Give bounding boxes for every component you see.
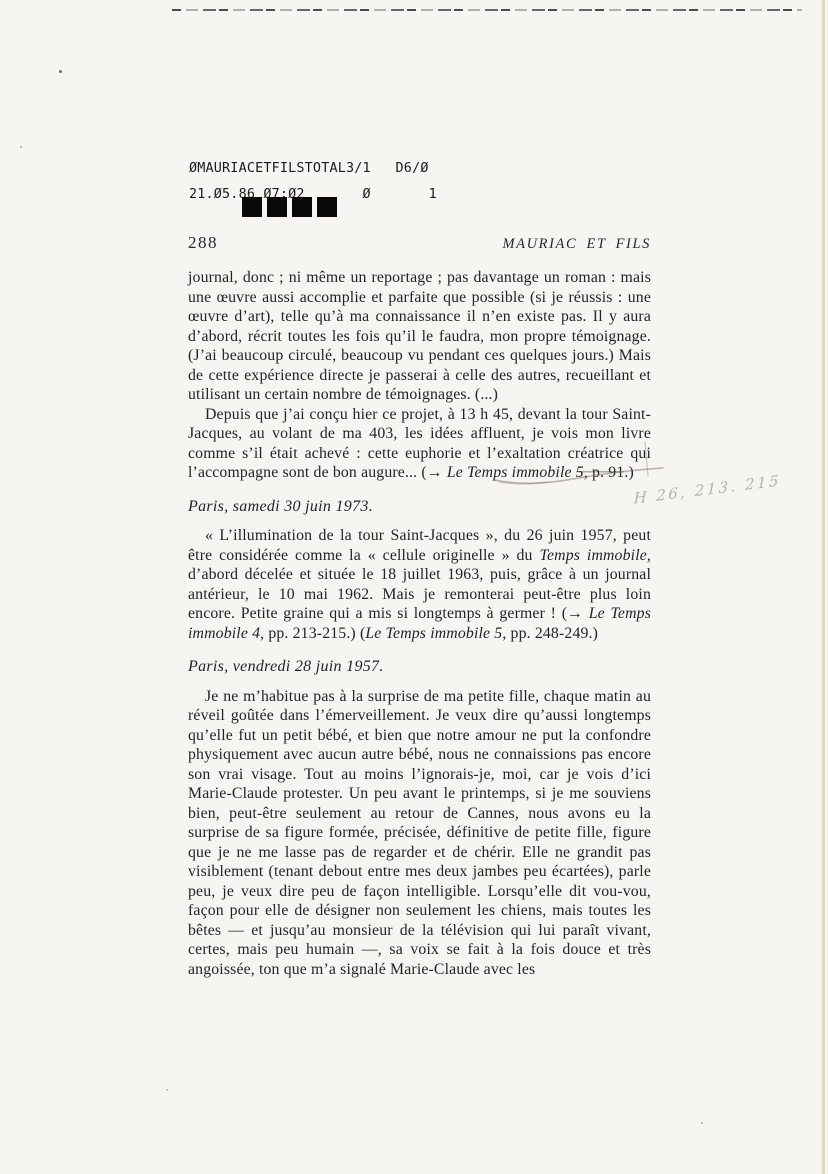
dust-speck	[166, 1089, 168, 1091]
text-segment: .)	[624, 464, 634, 481]
dateline-heading: Paris, samedi 30 juin 1973.	[188, 497, 651, 517]
text-segment: (→	[421, 464, 446, 481]
fax-header-line1: ØMAURIACETFILSTOTAL3/1 D6/Ø	[189, 161, 429, 176]
body-text: journal, donc ; ni même un reportage ; p…	[188, 268, 651, 979]
text-segment: , pp. 248-249.)	[502, 625, 598, 642]
text-segment: d’abord décelée et située le 18 juillet …	[188, 566, 651, 622]
book-title: 5	[576, 464, 584, 481]
text-segment: Je ne m’habitue pas à la surprise de ma …	[188, 688, 651, 978]
text-segment: journal, donc ; ni même un reportage ; p…	[188, 269, 651, 403]
dust-speck	[20, 146, 22, 148]
book-title: Temps immobile,	[539, 547, 651, 564]
fax-calibration-block	[267, 197, 287, 217]
dateline-heading: Paris, vendredi 28 juin 1957.	[188, 657, 651, 677]
dust-speck	[701, 1122, 703, 1124]
fax-calibration-block	[317, 197, 337, 217]
running-title: MAURIAC ET FILS	[502, 236, 651, 253]
citation-reference: (→ Le Temps immobile 5, p. 91.)	[421, 464, 634, 481]
body-paragraph: « L’illumination de la tour Saint-Jacque…	[188, 526, 651, 643]
scan-artifact-top-dashes	[172, 9, 802, 11]
running-header: 288 MAURIAC ET FILS	[188, 233, 651, 253]
body-paragraph: Depuis que j’ai conçu hier ce projet, à …	[188, 405, 651, 483]
text-segment: , pp. 213-215.) (	[260, 625, 365, 642]
scan-artifact-edge-line	[822, 0, 825, 1174]
fax-calibration-block	[242, 197, 262, 217]
body-paragraph: journal, donc ; ni même un reportage ; p…	[188, 268, 651, 405]
book-title: Le Temps immobile	[447, 464, 576, 481]
handwritten-margin-note: H 26, 213. 215	[634, 466, 823, 507]
fax-calibration-block	[292, 197, 312, 217]
text-segment: , p. 91	[584, 464, 625, 481]
page-number: 288	[188, 233, 218, 253]
scanned-book-page: ØMAURIACETFILSTOTAL3/1 D6/Ø21.Ø5.86 Ø7:Ø…	[0, 0, 828, 1174]
fax-calibration-blocks	[242, 197, 337, 217]
dust-speck	[59, 70, 62, 73]
book-title: Le Temps immobile 5	[365, 625, 502, 642]
body-paragraph: Je ne m’habitue pas à la surprise de ma …	[188, 687, 651, 980]
